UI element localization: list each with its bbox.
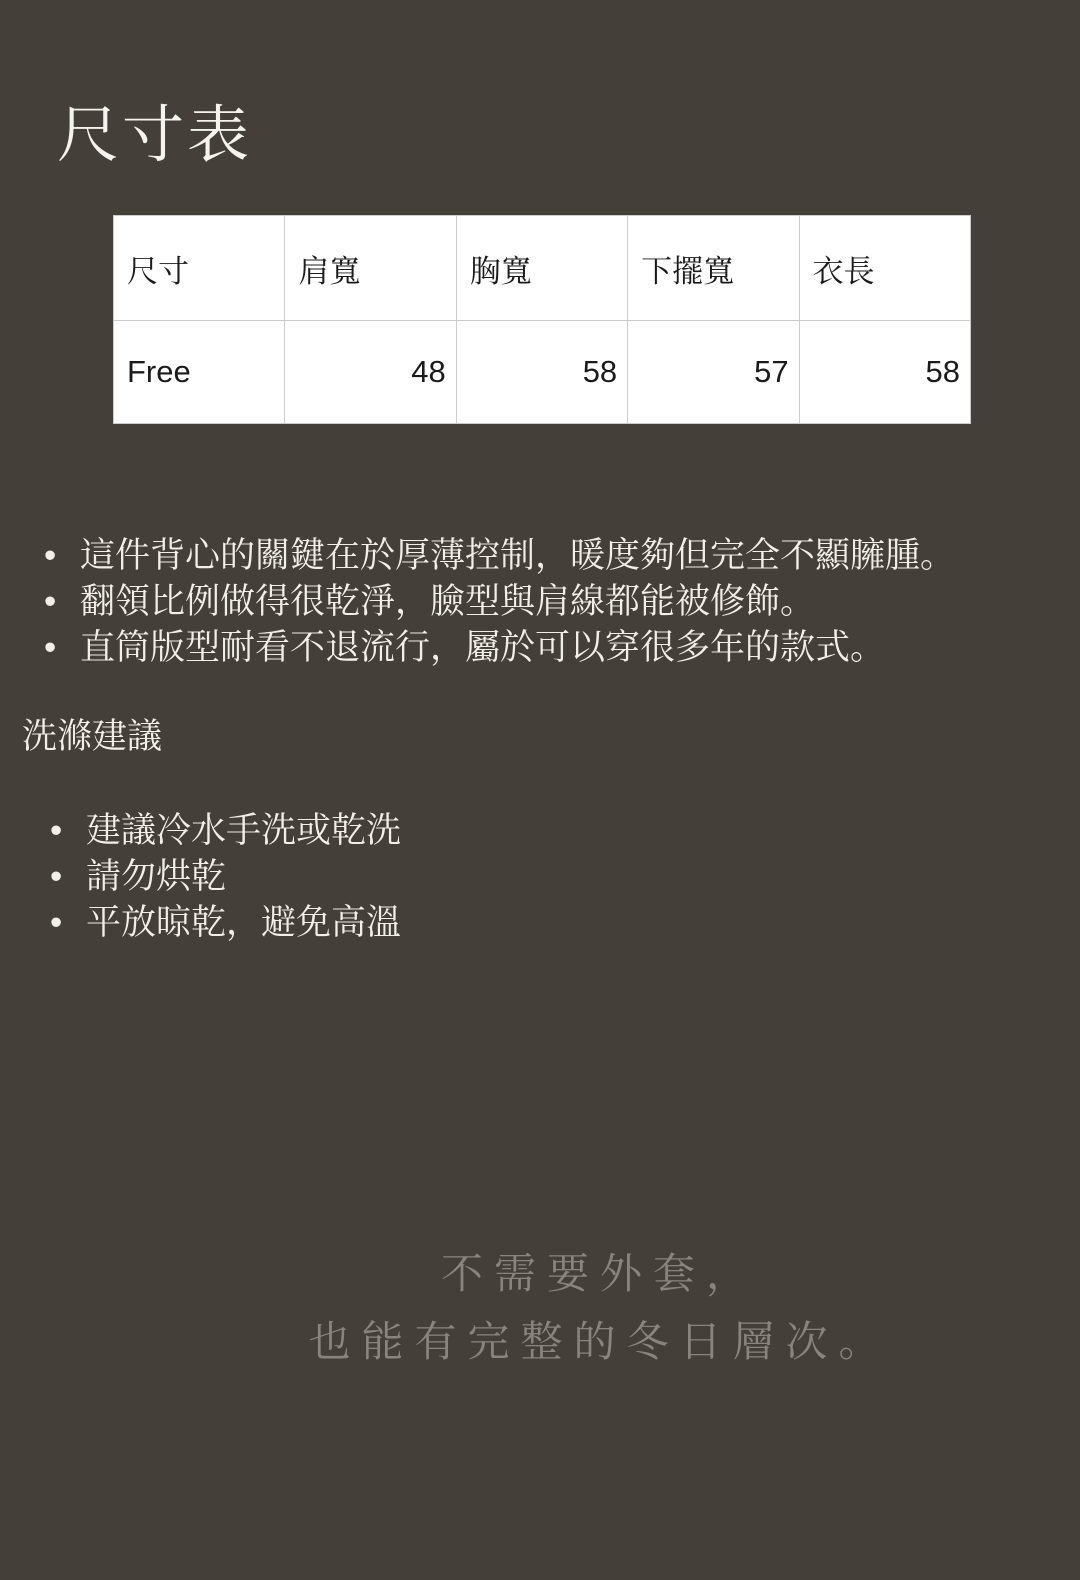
marketing-tagline: 不需要外套， 也能有完整的冬日層次。 [120,1240,1080,1376]
page-title: 尺寸表 [57,98,252,174]
care-instruction-list: • 建議冷水手洗或乾洗 • 請勿烘乾 • 平放晾乾，避免高溫 [0,808,401,946]
product-size-info-page: 尺寸表 尺寸 肩寬 胸寬 下擺寬 衣長 Free 48 58 57 58 • 這… [0,0,1080,1580]
feature-text: 直筒版型耐看不退流行，屬於可以穿很多年的款式。 [80,625,885,671]
size-table-header-shoulder: 肩寬 [285,216,456,321]
size-chart-table: 尺寸 肩寬 胸寬 下擺寬 衣長 Free 48 58 57 58 [113,215,971,424]
list-item: • 直筒版型耐看不退流行，屬於可以穿很多年的款式。 [0,625,955,671]
bullet-icon: • [50,808,86,854]
size-table-header-hem: 下擺寬 [628,216,799,321]
list-item: • 平放晾乾，避免高溫 [0,900,401,946]
shoulder-value-cell: 48 [285,321,456,424]
size-table-header-length: 衣長 [799,216,970,321]
size-table-header-chest: 胸寬 [456,216,627,321]
size-table-data-row: Free 48 58 57 58 [114,321,971,424]
feature-list: • 這件背心的關鍵在於厚薄控制，暖度夠但完全不顯臃腫。 • 翻領比例做得很乾淨，… [0,533,955,671]
bullet-icon: • [44,533,80,579]
feature-text: 翻領比例做得很乾淨，臉型與肩線都能被修飾。 [80,579,815,625]
bullet-icon: • [50,854,86,900]
list-item: • 請勿烘乾 [0,854,401,900]
bullet-icon: • [44,625,80,671]
care-text: 平放晾乾，避免高溫 [86,900,401,946]
bullet-icon: • [44,579,80,625]
bullet-icon: • [50,900,86,946]
size-table-header-size: 尺寸 [114,216,285,321]
care-text: 建議冷水手洗或乾洗 [86,808,401,854]
hem-value-cell: 57 [628,321,799,424]
list-item: • 翻領比例做得很乾淨，臉型與肩線都能被修飾。 [0,579,955,625]
tagline-line: 也能有完整的冬日層次。 [120,1308,1080,1376]
size-value-cell: Free [114,321,285,424]
care-section-heading: 洗滌建議 [22,714,162,760]
size-table-header-row: 尺寸 肩寬 胸寬 下擺寬 衣長 [114,216,971,321]
list-item: • 這件背心的關鍵在於厚薄控制，暖度夠但完全不顯臃腫。 [0,533,955,579]
list-item: • 建議冷水手洗或乾洗 [0,808,401,854]
tagline-line: 不需要外套， [120,1240,1080,1308]
care-text: 請勿烘乾 [86,854,226,900]
length-value-cell: 58 [799,321,970,424]
feature-text: 這件背心的關鍵在於厚薄控制，暖度夠但完全不顯臃腫。 [80,533,955,579]
chest-value-cell: 58 [456,321,627,424]
